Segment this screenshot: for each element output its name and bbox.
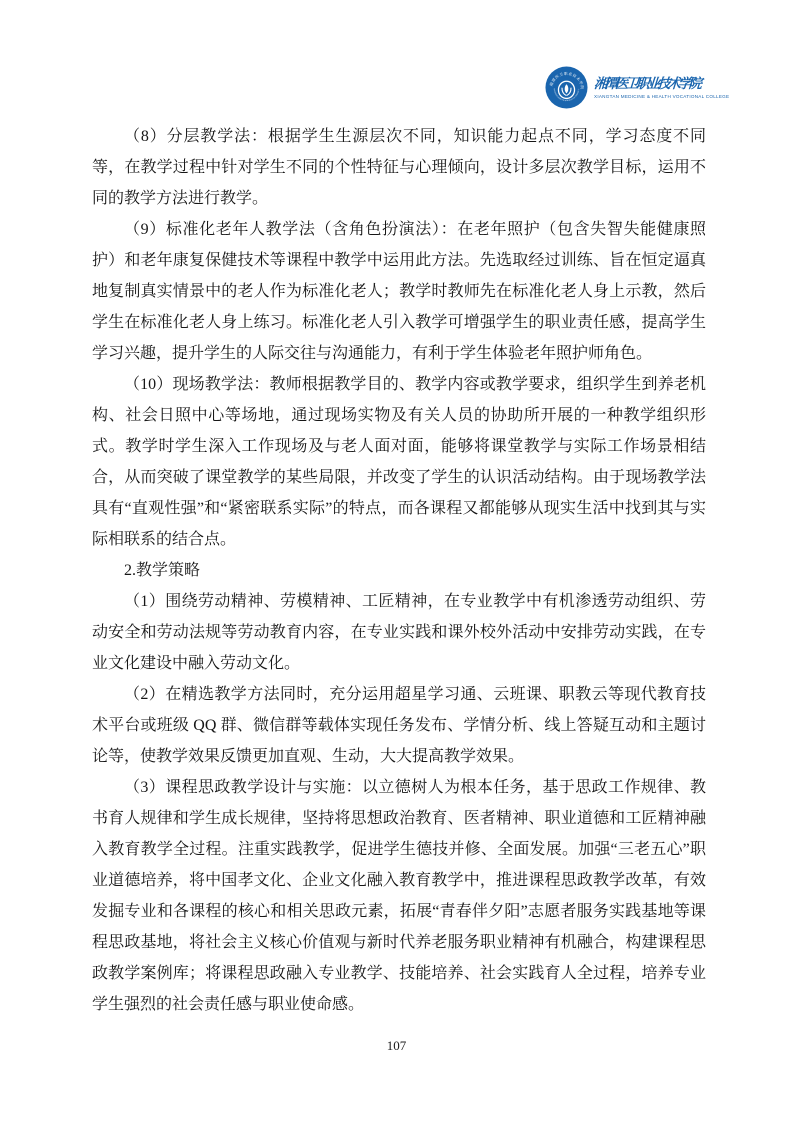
page-header: 湘潭医卫职业技术学院 XIANGTAN MEDICINE & HEALTH VO… (545, 66, 729, 109)
page-footer: 107 (0, 1037, 793, 1055)
paragraph-strategy-3: （3）课程思政教学设计与实施：以立德树人为根本任务，基于思政工作规律、教书育人规… (92, 772, 706, 1020)
college-seal-icon: 湘潭医卫职业技术学院 XIANGTAN MEDICINE & HEALTH VO… (545, 66, 588, 109)
paragraph-method-10: （10）现场教学法：教师根据教学目的、教学内容或教学要求，组织学生到养老机构、社… (92, 369, 706, 555)
college-wordmark: 湘潭医卫职业技术学院 XIANGTAN MEDICINE & HEALTH VO… (594, 75, 729, 100)
document-page: 湘潭医卫职业技术学院 XIANGTAN MEDICINE & HEALTH VO… (0, 0, 793, 1122)
college-name-zh: 湘潭医卫职业技术学院 (593, 75, 730, 93)
paragraph-method-9: （9）标准化老年人教学法（含角色扮演法）：在老年照护（包含失智失能健康照护）和老… (92, 214, 706, 369)
paragraph-method-8: （8）分层教学法：根据学生生源层次不同，知识能力起点不同，学习态度不同等，在教学… (92, 121, 706, 214)
college-name-en: XIANGTAN MEDICINE & HEALTH VOCATIONAL CO… (594, 93, 729, 100)
page-number: 107 (387, 1038, 407, 1053)
paragraph-heading-2: 2.教学策略 (92, 555, 706, 586)
document-body: （8）分层教学法：根据学生生源层次不同，知识能力起点不同，学习态度不同等，在教学… (92, 121, 706, 1020)
paragraph-strategy-1: （1）围绕劳动精神、劳模精神、工匠精神，在专业教学中有机渗透劳动组织、劳动安全和… (92, 586, 706, 679)
paragraph-strategy-2: （2）在精选教学方法同时，充分运用超星学习通、云班课、职教云等现代教育技术平台或… (92, 679, 706, 772)
paragraph-list: （8）分层教学法：根据学生生源层次不同，知识能力起点不同，学习态度不同等，在教学… (92, 121, 706, 1020)
